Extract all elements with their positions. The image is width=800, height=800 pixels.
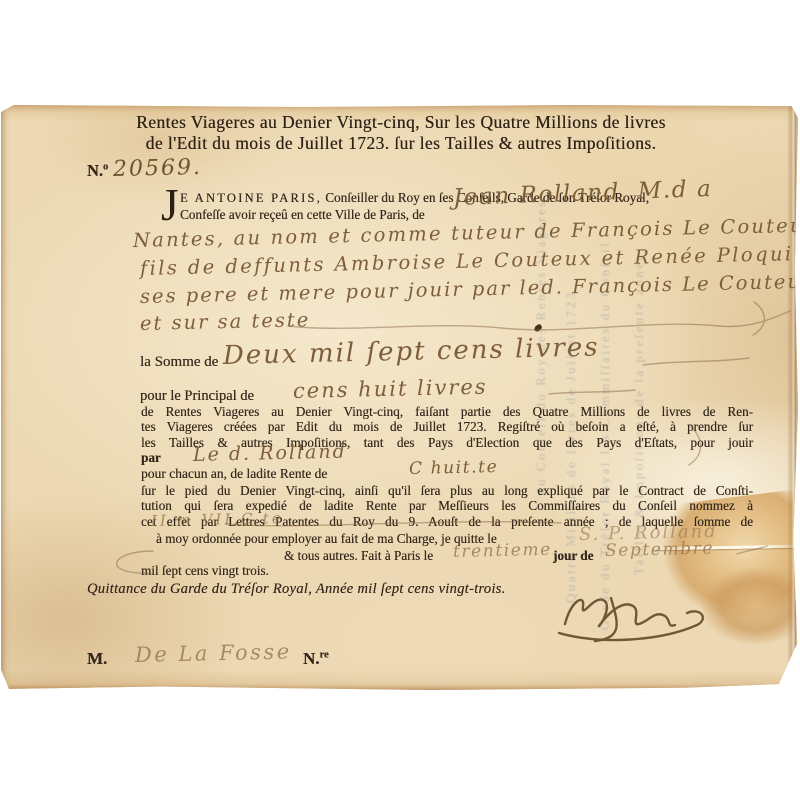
- date-day-handwritten: trentieme: [453, 540, 552, 562]
- jour-de-label: jour de: [553, 548, 593, 564]
- parchment-document: du Conſeil du Roy des Rentes Viageres Qu…: [1, 105, 798, 690]
- recipient-name-handwritten: Jean Rolland, M.d a: [453, 176, 713, 211]
- photo-background: du Conſeil du Roy des Rentes Viageres Qu…: [0, 0, 800, 800]
- notary-name-handwritten: De La Fosse: [135, 639, 292, 667]
- closing-line-3: mil ſept cens vingt trois.: [141, 563, 269, 579]
- document-title: Rentes Viageres au Denier Vingt-cinq, Su…: [49, 112, 753, 154]
- number-label: N.: [87, 161, 103, 180]
- serial-number: N.o: [87, 161, 108, 181]
- handwritten-line: et sur sa teste: [140, 308, 311, 335]
- quittance-note: Quittance du Garde du Tréſor Royal, Anné…: [87, 581, 506, 598]
- opening-line-2: Confeſſe avoir reçeû en cette Ville de P…: [180, 207, 425, 223]
- par-label: par: [141, 450, 161, 466]
- serial-number-handwritten: 20569.: [113, 155, 203, 182]
- closing-line-1: à moy ordonnée pour employer au fait de …: [156, 531, 497, 547]
- flourish-paren-right: [753, 302, 764, 335]
- notary-m-label: M.: [87, 649, 107, 669]
- body1-line: tes Viageres créées par Edit du mois de …: [141, 419, 753, 434]
- title-line-2: de l'Edit du mois de Juillet 1723. ſur l…: [49, 133, 753, 154]
- fait-printed-1: & tous autres. Fait à Paris le: [284, 548, 433, 563]
- somme-label: la Somme de: [140, 354, 218, 371]
- notary-n-label: N.re: [303, 649, 329, 669]
- flourish-somme-dash: [643, 358, 749, 365]
- principal-value-handwritten: cens huit livres: [293, 375, 488, 403]
- somme-abbrev-handwritten: II.m VII.C.te: [151, 509, 284, 530]
- body2-line: ſur le pied du Denier Vingt-cinq, ainſi …: [141, 483, 753, 498]
- par-handwritten: Le d. Rolland: [193, 441, 347, 466]
- opening-caps: E ANTOINE PARIS,: [180, 191, 322, 205]
- body1-line: de Rentes Viageres au Denier Vingt-cinq,…: [141, 404, 753, 419]
- date-month-handwritten: Septembre: [605, 539, 715, 561]
- closing-line-2: & tous autres. Fait à Paris le: [284, 548, 433, 564]
- dropcap-J: J: [161, 185, 179, 225]
- number-sup: o: [103, 162, 108, 173]
- notary-n: N.: [303, 649, 320, 668]
- notary-n-sup: re: [320, 649, 329, 660]
- flourish-principal-dash: [549, 390, 635, 394]
- right-edge-fold: [787, 105, 796, 690]
- principal-label: pour le Principal de: [140, 388, 254, 405]
- title-line-1: Rentes Viageres au Denier Vingt-cinq, Su…: [49, 112, 753, 133]
- wax-stain-lower: [701, 567, 800, 645]
